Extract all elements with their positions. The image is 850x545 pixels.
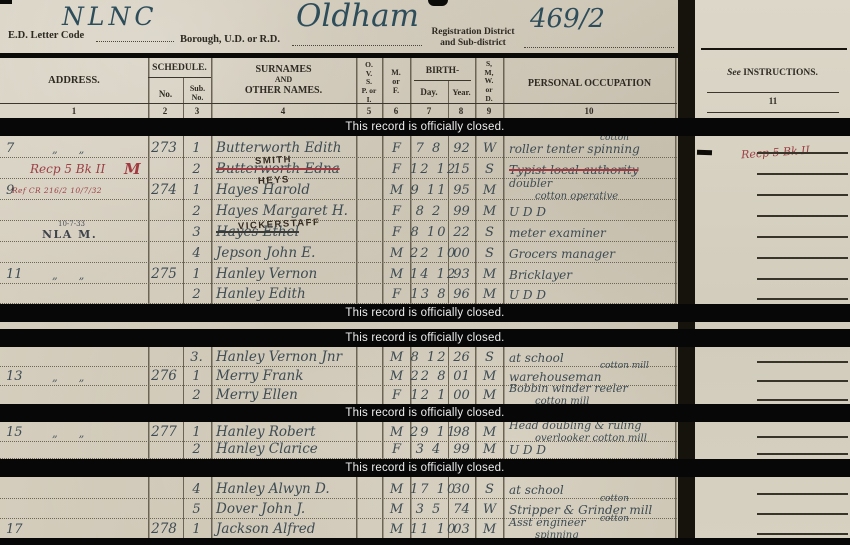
sub-number: 3	[183, 226, 210, 239]
birth-year-value: 92	[448, 142, 475, 155]
closed-record-text: This record is officially closed.	[345, 121, 504, 133]
see-instructions-label: See INSTRUCTIONS.	[695, 68, 850, 78]
margin-rule	[707, 112, 839, 113]
sex-value: M	[383, 426, 410, 439]
margin-rule	[757, 173, 848, 175]
surnames-header: SURNAMES	[211, 64, 356, 75]
occupation-note: cotton mill	[600, 362, 649, 371]
margin-rule	[757, 215, 848, 217]
sex-value: F	[383, 163, 410, 176]
margin-rule	[757, 399, 848, 401]
occupation-value: at school	[509, 352, 564, 364]
ed-letter-code-value: NLNC	[62, 2, 157, 31]
occupation-value: meter examiner	[509, 227, 606, 239]
sex-value: M	[383, 351, 410, 364]
address-value: 17	[6, 523, 23, 536]
record-row: 2 Hanley Edith F 13 8 96 M U D D	[0, 284, 850, 304]
record-row: 11 „ „ 275 1 Hanley Vernon M 14 12 93 M …	[0, 263, 850, 284]
pencil-annotation: NLA M.	[42, 229, 97, 240]
schedule-number: 276	[146, 370, 182, 384]
birth-year-value: 15	[448, 163, 475, 176]
sub-number: 4	[183, 247, 210, 260]
marital-status-value: M	[476, 370, 503, 383]
record-row: 15 „ „ 277 1 Hanley Robert M 29 11 98 M …	[0, 423, 850, 442]
birth-day-value: 29 11	[410, 426, 448, 439]
address-value: 11	[6, 268, 23, 281]
schedule-underline	[148, 77, 211, 78]
record-row: 3. Hanley Vernon Jnr M 8 12 26 S at scho…	[0, 348, 850, 367]
birth-year-value: 99	[448, 443, 475, 456]
closed-record-text: This record is officially closed.	[345, 332, 504, 344]
see-word: See	[727, 68, 741, 78]
birth-day-value: 3 4	[410, 443, 448, 456]
closed-record-bar: This record is officially closed.	[0, 404, 850, 422]
column-number-11: 11	[753, 96, 793, 106]
occupation-value: Bricklayer	[509, 269, 572, 281]
birth-day-value: 12 1	[410, 389, 448, 402]
birth-day-value: 8 10	[410, 226, 448, 239]
occupation-note: cotton	[600, 495, 629, 504]
address-value: 7	[6, 142, 14, 155]
record-row: Recp 5 Bk II M 2 SMITH Butterworth Edna …	[0, 158, 850, 179]
margin-rule	[757, 194, 848, 196]
sub-number: 2	[183, 443, 210, 456]
birth-year-value: 99	[448, 205, 475, 218]
person-name: Hanley Alwyn D.	[216, 483, 330, 497]
schedule-number: 274	[146, 184, 182, 198]
margin-rule	[757, 436, 848, 438]
birth-year-value: 26	[448, 351, 475, 364]
birth-day-value: 22 8	[410, 370, 448, 383]
sex-value: M	[383, 268, 410, 281]
record-row: 4 Hanley Alwyn D. M 17 10 30 S at school	[0, 479, 850, 499]
birth-year-value: 74	[448, 503, 475, 516]
birth-year-header: Year.	[448, 87, 475, 97]
marital-status-value: M	[476, 268, 503, 281]
occupation-value: Asst engineer	[509, 517, 586, 528]
birth-day-value: 17 10	[410, 483, 448, 496]
dotted-leader	[524, 46, 674, 48]
schedule-number: 277	[146, 426, 182, 440]
dotted-leader	[292, 44, 422, 46]
marital-status-value: M	[476, 288, 503, 301]
occupation-value: U D D	[509, 206, 546, 218]
column-number-1: 1	[54, 106, 94, 116]
margin-rule	[707, 92, 839, 93]
birth-header: BIRTH-	[410, 66, 475, 76]
person-name: Hanley Clarice	[216, 443, 318, 457]
birth-day-value: 12 12	[410, 163, 448, 176]
sub-number: 2	[183, 389, 210, 402]
sub-number: 1	[183, 184, 210, 197]
birth-day-value: 8 12	[410, 351, 448, 364]
birth-year-value: 00	[448, 247, 475, 260]
marital-status-value: M	[476, 389, 503, 402]
sub-number: 2	[183, 205, 210, 218]
birth-year-value: 96	[448, 288, 475, 301]
registration-district-value: 469/2	[530, 4, 605, 34]
marital-status-value: S	[476, 351, 503, 364]
marital-status-value: W	[476, 503, 503, 516]
sub-number: 1	[183, 426, 210, 439]
ed-letter-code-label: E.D. Letter Code	[8, 30, 84, 41]
sub-number: 3.	[183, 351, 210, 364]
marital-status-value: S	[476, 483, 503, 496]
closed-record-bar: This record is officially closed.	[0, 118, 850, 136]
sub-number: 4	[183, 483, 210, 496]
birth-day-value: 3 5	[410, 503, 448, 516]
smwd-header: S, M, W. or D.	[475, 60, 503, 103]
person-name: Hayes Ethel	[216, 226, 299, 240]
margin-rule	[757, 513, 848, 515]
birth-day-value: 22 10	[410, 247, 448, 260]
ovspi-header: O. V. S. P. or I.	[356, 61, 382, 104]
paper-tear	[428, 0, 448, 6]
birth-day-header: Day.	[410, 87, 448, 97]
sex-header: M. or F.	[382, 68, 410, 96]
person-name: Hayes Margaret H.	[216, 205, 348, 219]
borough-label: Borough, U.D. or R.D.	[180, 34, 280, 45]
marital-status-value: M	[476, 205, 503, 218]
margin-rule	[701, 48, 847, 50]
ditto-marks: „ „	[52, 372, 84, 383]
occupation-value: at school	[509, 484, 564, 496]
marital-status-value: M	[476, 184, 503, 197]
schedule-number: 278	[146, 523, 182, 537]
borough-value: Oldham	[296, 0, 419, 34]
sex-value: M	[383, 483, 410, 496]
sub-number: 2	[183, 288, 210, 301]
birth-year-value: 03	[448, 523, 475, 536]
reference-annotation: Ref CR 216/2 10/7/32	[12, 187, 102, 195]
address-header: ADDRESS.	[28, 75, 120, 86]
birth-day-value: 13 8	[410, 288, 448, 301]
receipt-annotation: Recp 5 Bk II	[30, 163, 105, 175]
marital-status-value: S	[476, 247, 503, 260]
closed-record-text: This record is officially closed.	[345, 407, 504, 419]
occupation-value: Bobbin winder reeler	[509, 383, 628, 394]
birth-underline	[414, 80, 471, 81]
sex-value: F	[383, 142, 410, 155]
sub-number: 2	[183, 163, 210, 176]
person-name: Jepson John E.	[216, 247, 315, 261]
occupation-header: PERSONAL OCCUPATION	[503, 78, 676, 89]
sex-value: F	[383, 389, 410, 402]
sex-value: M	[383, 247, 410, 260]
occupation-value: doubler	[509, 178, 552, 189]
sub-number: 1	[183, 142, 210, 155]
record-row: 7 „ „ 273 1 Butterworth Edith F 7 8 92 W…	[0, 137, 850, 158]
sex-value: M	[383, 503, 410, 516]
sex-line: M.	[391, 68, 401, 77]
sex-value: F	[383, 288, 410, 301]
person-name: Hanley Robert	[216, 426, 316, 440]
sex-value: F	[383, 226, 410, 239]
person-name: Butterworth Edith	[216, 142, 341, 156]
birth-year-value: 98	[448, 426, 475, 439]
sex-value: M	[383, 370, 410, 383]
margin-rule	[757, 236, 848, 238]
person-name: Hanley Edith	[216, 288, 306, 302]
birth-day-value: 14 12	[410, 268, 448, 281]
margin-rule	[757, 298, 848, 300]
birth-year-value: 01	[448, 370, 475, 383]
sex-value: F	[383, 443, 410, 456]
schedule-header: SCHEDULE.	[148, 63, 211, 73]
record-row: 10-7-33 NLA M. 3 VICKERSTAFF Hayes Ethel…	[0, 221, 850, 242]
dotted-leader	[96, 40, 174, 42]
margin-rule	[757, 533, 848, 535]
marital-status-value: W	[476, 142, 503, 155]
marital-status-value: M	[476, 523, 503, 536]
schedule-sub-header: Sub.	[184, 84, 211, 93]
census-register-page: E.D. Letter Code NLNC Borough, U.D. or R…	[0, 0, 850, 545]
schedule-number: 275	[146, 268, 182, 282]
person-name: Dover John J.	[216, 503, 305, 517]
smwd-line: D.	[485, 95, 492, 104]
record-row: 2 Hayes Margaret H. F 8 2 99 M U D D	[0, 200, 850, 221]
birth-day-value: 8 2	[410, 205, 448, 218]
marital-status-value: M	[476, 443, 503, 456]
margin-rule	[757, 380, 848, 382]
birth-day-value: 7 8	[410, 142, 448, 155]
occupation-value: U D D	[509, 444, 546, 456]
person-name: Merry Ellen	[216, 389, 298, 403]
occupation-value: roller tenter spinning	[509, 143, 640, 155]
column-number-9: 9	[469, 106, 509, 116]
birth-year-value: 22	[448, 226, 475, 239]
sex-value: M	[383, 523, 410, 536]
red-mark: M	[124, 162, 141, 177]
closed-record-text: This record is officially closed.	[345, 462, 504, 474]
margin-rule	[757, 493, 848, 495]
closed-record-bar: This record is officially closed.	[0, 329, 850, 347]
person-name: Hanley Vernon Jnr	[216, 351, 342, 365]
record-row: 2 Merry Ellen F 12 1 00 M Bobbin winder …	[0, 386, 850, 405]
margin-rule	[757, 152, 848, 154]
occupation-note: cotton	[600, 515, 629, 524]
record-row: 5 Dover John J. M 3 5 74 W Stripper & Gr…	[0, 499, 850, 519]
record-row: 13 „ „ 276 1 Merry Frank M 22 8 01 M war…	[0, 367, 850, 386]
sub-number: 1	[183, 268, 210, 281]
ditto-marks: „ „	[52, 428, 84, 439]
paper-tear	[0, 0, 12, 4]
sub-number: 1	[183, 523, 210, 536]
margin-rule	[757, 453, 848, 455]
sex-value: F	[383, 205, 410, 218]
sex-line: F.	[393, 86, 399, 95]
margin-rule	[757, 278, 848, 280]
marital-status-value: M	[476, 426, 503, 439]
record-row: 4 Jepson John E. M 22 10 00 S Grocers ma…	[0, 242, 850, 263]
schedule-number: 273	[146, 142, 182, 156]
occupation-value: U D D	[509, 289, 546, 301]
marital-status-value: S	[476, 226, 503, 239]
birth-day-value: 11 10	[410, 523, 448, 536]
column-number-4: 4	[263, 106, 303, 116]
birth-year-value: 30	[448, 483, 475, 496]
instructions-word: INSTRUCTIONS.	[743, 68, 818, 78]
person-name: Merry Frank	[216, 370, 303, 384]
registration-subdistrict-label: and Sub-district	[425, 38, 521, 48]
column-number-3: 3	[177, 106, 217, 116]
occupation-value: Typist local authority	[509, 164, 639, 176]
pencil-date-annotation: 10-7-33	[58, 221, 85, 228]
margin-rule	[757, 257, 848, 259]
record-row: 2 Hanley Clarice F 3 4 99 M U D D	[0, 442, 850, 459]
birth-year-value: 00	[448, 389, 475, 402]
schedule-sub-header2: No.	[184, 93, 211, 102]
sub-number: 1	[183, 370, 210, 383]
closed-record-bar: This record is officially closed.	[0, 304, 850, 322]
birth-year-value: 95	[448, 184, 475, 197]
occupation-value: Grocers manager	[509, 248, 615, 260]
birth-day-value: 9 11	[410, 184, 448, 197]
birth-year-value: 93	[448, 268, 475, 281]
registration-district-label: Registration District	[425, 27, 521, 37]
closed-record-bar	[0, 538, 850, 545]
and-header: AND	[211, 75, 356, 84]
record-row: 17 278 1 Jackson Alfred M 11 10 03 M Ass…	[0, 519, 850, 539]
person-name: Jackson Alfred	[216, 523, 315, 537]
closed-record-text: This record is officially closed.	[345, 307, 504, 319]
ditto-marks: „ „	[52, 144, 84, 155]
ditto-marks: „ „	[52, 270, 84, 281]
marital-status-value: S	[476, 163, 503, 176]
address-value: 15	[6, 426, 23, 439]
sub-number: 5	[183, 503, 210, 516]
schedule-no-header: No.	[148, 89, 183, 99]
address-value: 13	[6, 370, 23, 383]
person-name: Hanley Vernon	[216, 268, 317, 282]
closed-record-bar: This record is officially closed.	[0, 459, 850, 477]
occupation-value: Stripper & Grinder mill	[509, 504, 652, 516]
sex-value: M	[383, 184, 410, 197]
person-name: Hayes Harold	[216, 184, 310, 198]
column-number-10: 10	[569, 106, 609, 116]
margin-rule	[757, 361, 848, 363]
sex-line: or	[392, 77, 400, 86]
record-row: 9 Ref CR 216/2 10/7/32 274 1 HEYS Hayes …	[0, 179, 850, 200]
number-row-rule	[0, 103, 677, 104]
other-names-header: OTHER NAMES.	[211, 85, 356, 96]
